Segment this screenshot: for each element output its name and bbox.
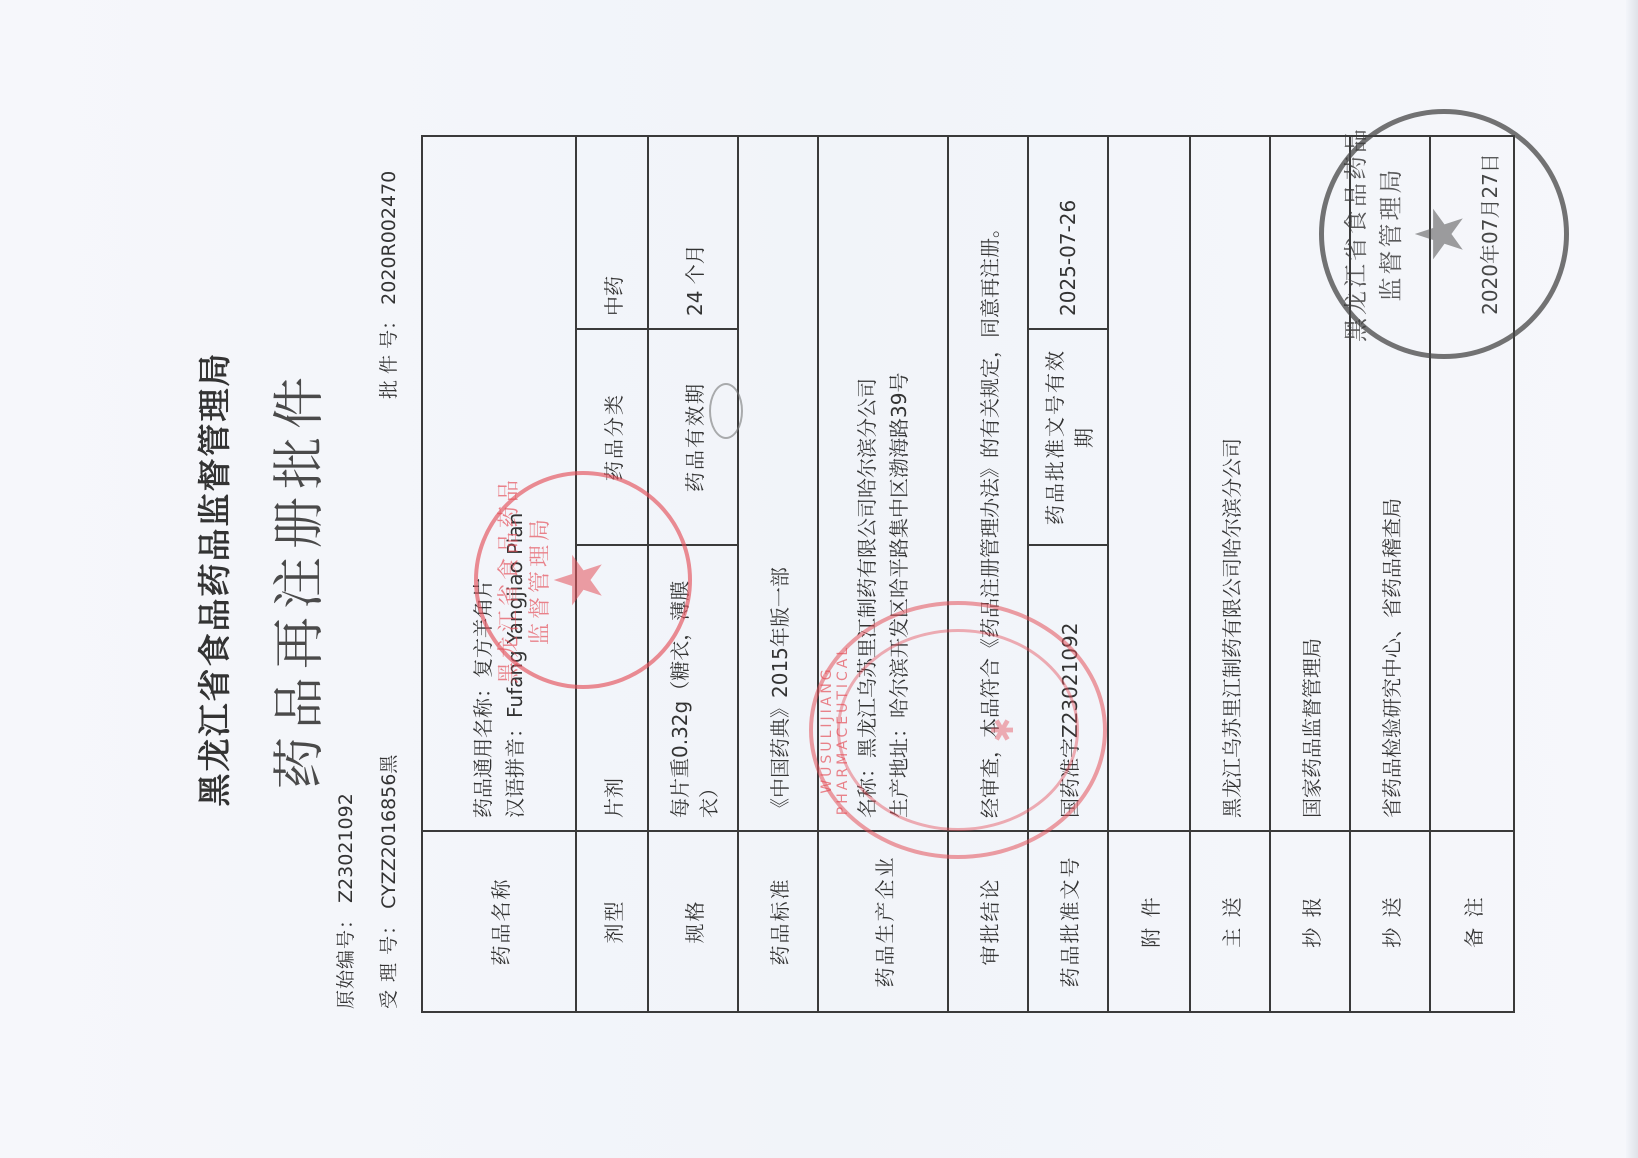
row-dosage-form: 剂型 片剂 药品分类 中药 [576,136,648,1012]
dosage-form-label: 剂型 [576,831,648,1012]
main-recipient-label: 主 送 [1190,831,1270,1012]
attachment-label: 附 件 [1108,831,1190,1012]
drug-category-label: 药品分类 [576,329,648,545]
row-remarks: 备 注 [1430,136,1514,1012]
manufacturer-name: 名称：黑龙江乌苏里江制药有限公司哈尔滨分公司 [851,149,883,818]
generic-name: 药品通用名称：复方羊角片 [467,149,499,818]
row-approval-doc-number: 药品批准文号 国药准字Z23021092 药品批准文号有效期 2025-07-2… [1028,136,1108,1012]
row-main-recipient: 主 送 黑龙江乌苏里江制药有限公司哈尔滨分公司 [1190,136,1270,1012]
copy-to-label: 抄 送 [1350,831,1430,1012]
conclusion-label: 审批结论 [948,831,1028,1012]
approval-number-label: 批 件 号： [378,311,400,399]
specification-label: 规格 [648,831,738,1012]
pinyin-label: 汉语拼音： [503,718,527,818]
manufacturer-cell: 名称：黑龙江乌苏里江制药有限公司哈尔滨分公司 生产地址：哈尔滨开发区哈平路集中区… [818,136,948,831]
drug-name-cell: 药品通用名称：复方羊角片 汉语拼音：Fufang Yangjiao Pian [422,136,576,831]
remarks-label: 备 注 [1430,831,1514,1012]
dosage-form-value: 片剂 [576,545,648,831]
approval-validity-label: 药品批准文号有效期 [1028,329,1108,545]
copy-to-value: 省药品检验研究中心、省药品稽查局 [1350,136,1430,831]
approval-number: 批 件 号： 2020R002470 [374,171,401,399]
document-title: 药品再注册批件 [257,79,332,1079]
row-report-to: 抄 报 国家药品监督管理局 [1270,136,1350,1012]
conclusion-value: 经审查，本品符合《药品注册管理办法》的有关规定，同意再注册。 [948,136,1028,831]
specification-value: 每片重0.32g（糖衣，薄膜衣） [648,545,738,831]
main-recipient-value: 黑龙江乌苏里江制药有限公司哈尔滨分公司 [1190,136,1270,831]
row-copy-to: 抄 送 省药品检验研究中心、省药品稽查局 [1350,136,1430,1012]
pen-mark-circle [709,383,743,439]
scan-edge-shadow [1626,0,1638,1158]
approval-doc-number-value: 国药准字Z23021092 [1028,545,1108,831]
original-number: 原始编号： Z23021092 [331,793,358,1009]
shelf-life-value: 24 个月 [648,136,738,329]
standard-label: 药品标准 [738,831,818,1012]
row-conclusion: 审批结论 经审查，本品符合《药品注册管理办法》的有关规定，同意再注册。 [948,136,1028,1012]
pinyin-value: Fufang Yangjiao Pian [503,513,527,718]
manufacturer-address-value: 哈尔滨开发区哈平路集中区渤海路39号 [887,373,911,718]
report-to-label: 抄 报 [1270,831,1350,1012]
generic-name-value: 复方羊角片 [471,578,495,678]
manufacturer-address-label: 生产地址： [887,718,911,818]
row-manufacturer: 药品生产企业 名称：黑龙江乌苏里江制药有限公司哈尔滨分公司 生产地址：哈尔滨开发… [818,136,948,1012]
attachment-value [1108,136,1190,831]
pinyin-name: 汉语拼音：Fufang Yangjiao Pian [499,149,531,818]
original-number-label: 原始编号： [335,909,357,1009]
drug-category-value: 中药 [576,136,648,329]
original-number-value: Z23021092 [335,793,357,903]
registration-approval-document: 黑龙江省食品药品监督管理局 药品再注册批件 原始编号： Z23021092 受 … [169,79,1469,1079]
manufacturer-label: 药品生产企业 [818,831,948,1012]
drug-name-label: 药品名称 [422,831,576,1012]
manufacturer-address: 生产地址：哈尔滨开发区哈平路集中区渤海路39号 [883,149,915,818]
standard-value: 《中国药典》2015年版一部 [738,136,818,831]
acceptance-number-value: CYZZ2016856黑 [378,755,400,909]
report-to-value: 国家药品监督管理局 [1270,136,1350,831]
row-specification: 规格 每片重0.32g（糖衣，薄膜衣） 药品有效期 24 个月 [648,136,738,1012]
approval-doc-number-label: 药品批准文号 [1028,831,1108,1012]
row-attachment: 附 件 [1108,136,1190,1012]
approval-validity-value: 2025-07-26 [1028,136,1108,329]
approval-number-value: 2020R002470 [378,171,400,305]
row-standard: 药品标准 《中国药典》2015年版一部 [738,136,818,1012]
manufacturer-name-value: 黑龙江乌苏里江制药有限公司哈尔滨分公司 [855,378,879,758]
acceptance-number-label: 受 理 号： [378,915,400,1009]
approval-form-table: 药品名称 药品通用名称：复方羊角片 汉语拼音：Fufang Yangjiao P… [421,135,1515,1013]
generic-name-label: 药品通用名称： [471,678,495,818]
remarks-value [1430,136,1514,831]
manufacturer-name-label: 名称： [855,758,879,818]
acceptance-number: 受 理 号： CYZZ2016856黑 [374,755,401,1009]
row-drug-name: 药品名称 药品通用名称：复方羊角片 汉语拼音：Fufang Yangjiao P… [422,136,576,1012]
issuing-agency: 黑龙江省食品药品监督管理局 [189,79,236,1079]
